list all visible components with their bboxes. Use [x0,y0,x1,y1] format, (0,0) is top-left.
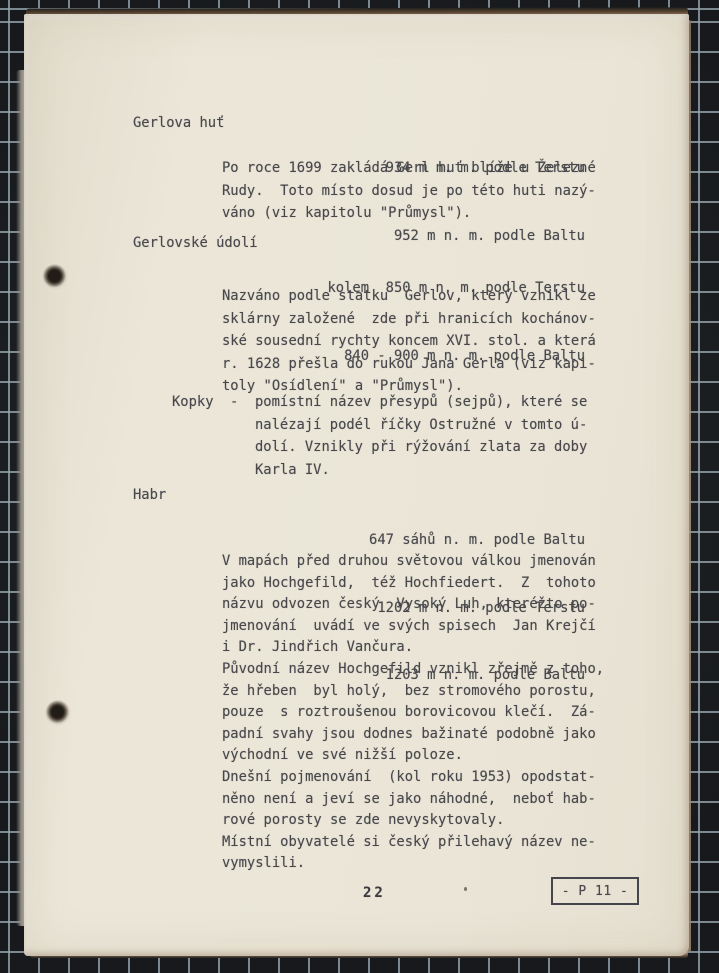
punch-hole-top [42,264,68,290]
paper-speck [464,887,467,891]
entry-body: Po roce 1699 zakládá Gerl huť blíže u Že… [222,157,596,225]
punch-hole-bottom [45,700,71,726]
entry-body: pomístní název přesypů (sejpů), které se… [255,391,587,481]
entry-term-kopky: Kopky [172,391,214,414]
entry-term-gerlovske-udoli: Gerlovské údolí [133,232,258,255]
entry-body: V mapách před druhou světovou válkou jme… [222,551,604,875]
entry-body: Nazváno podle statku Gerlov, který vznik… [222,285,596,398]
section-stamp-box: - P 11 - [551,877,639,905]
scan-background-grid-mat: Gerlova huť 934 m n. m. podle Terstu 952… [0,0,719,973]
section-stamp-label: - P 11 - [562,884,629,899]
page-number: 22 [363,882,386,905]
document-page: Gerlova huť 934 m n. m. podle Terstu 952… [24,14,689,956]
entry-dash: - [230,391,238,414]
entry-term-gerlova-hut: Gerlova huť [133,112,224,135]
elevation-line: 647 sáhů n. m. podle Baltu [369,529,585,552]
entry-term-habr: Habr [133,484,166,507]
